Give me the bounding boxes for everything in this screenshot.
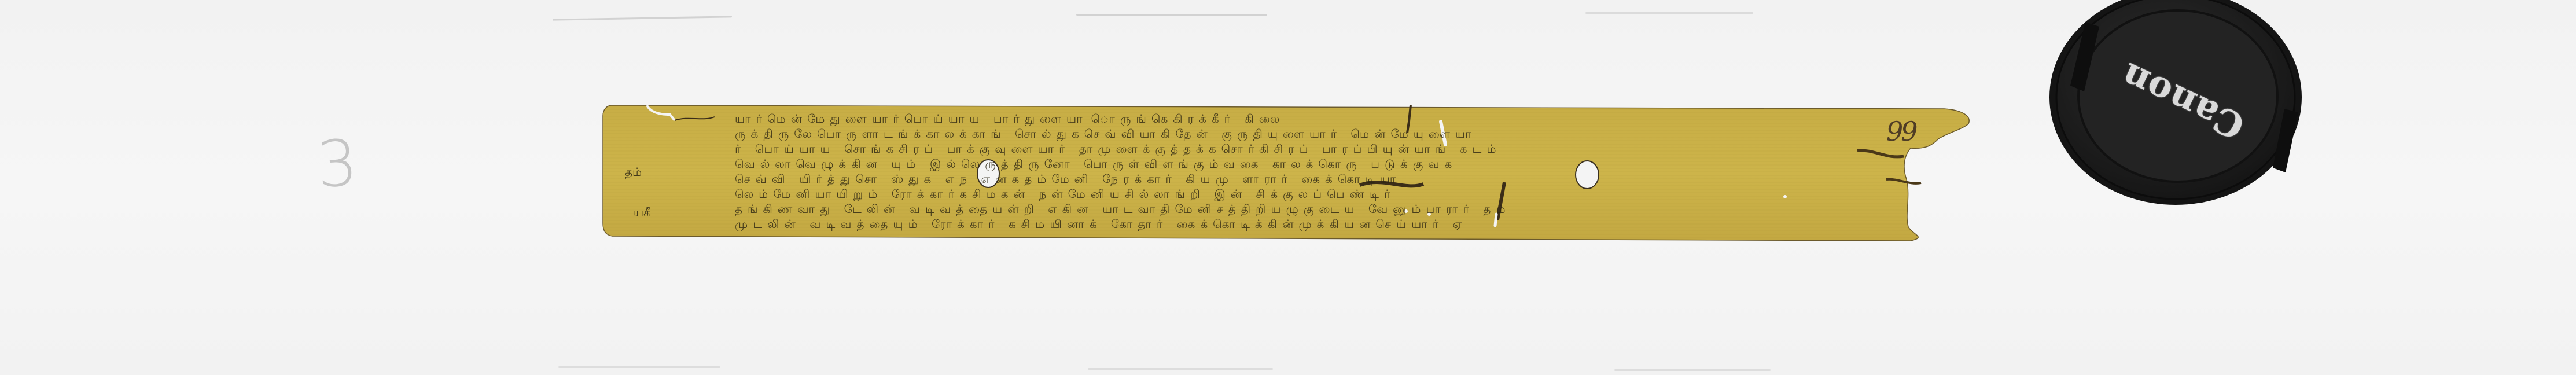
folio-number: 99 — [1886, 116, 1916, 147]
manuscript-line: ருக்திருலேபொருளாடங்க்காலக்காங் சொல்துகசெ… — [735, 126, 1881, 141]
manuscript-line: ர் பொய்யாய சொங்கசிரப் பாக்குவுளையார் தாம… — [735, 141, 1881, 156]
lens-cap: Canon — [2044, 0, 2303, 205]
pencil-guide-line — [558, 366, 720, 368]
palm-leaf-manuscript: தம் யகீ யார்மென்மேதுளையார்பொய்யாய பார்து… — [602, 104, 1973, 243]
pencil-guide-line — [1585, 12, 1753, 14]
pencil-guide-line — [1076, 14, 1267, 16]
margin-note-2: யகீ — [634, 205, 651, 221]
pencil-guide-line — [1614, 369, 1771, 371]
manuscript-line: லெம்மேனியாயிறும் ரோக்கார்கசிமகன் நன்மேனி… — [735, 186, 1881, 201]
manuscript-text-block: யார்மென்மேதுளையார்பொய்யாய பார்துளையா ொரு… — [735, 111, 1881, 238]
margin-note-1: தம் — [625, 165, 642, 181]
manuscript-line: முடலின் வடிவத்தையும் ரோக்கார் கசிமயினாக்… — [735, 216, 1881, 231]
manuscript-line: தங்கிணவாது டேலின் வடிவத்தையன்றி எகின யாட… — [735, 201, 1881, 216]
photo-background: 3 — [0, 0, 2576, 375]
manuscript-line: செவ்வி யிர்த்துசொ ஸ்துக எந எனகதம்மேனி நே… — [735, 171, 1881, 186]
manuscript-line: யார்மென்மேதுளையார்பொய்யாய பார்துளையா ொரு… — [735, 111, 1881, 126]
manuscript-line: வெல்லாவெழுக்கின யும் இல்லெருத்திருனோ பொர… — [735, 156, 1881, 171]
pencil-guide-line — [553, 16, 732, 20]
pencil-guide-line — [1088, 368, 1273, 370]
pencil-numeral: 3 — [315, 131, 359, 197]
